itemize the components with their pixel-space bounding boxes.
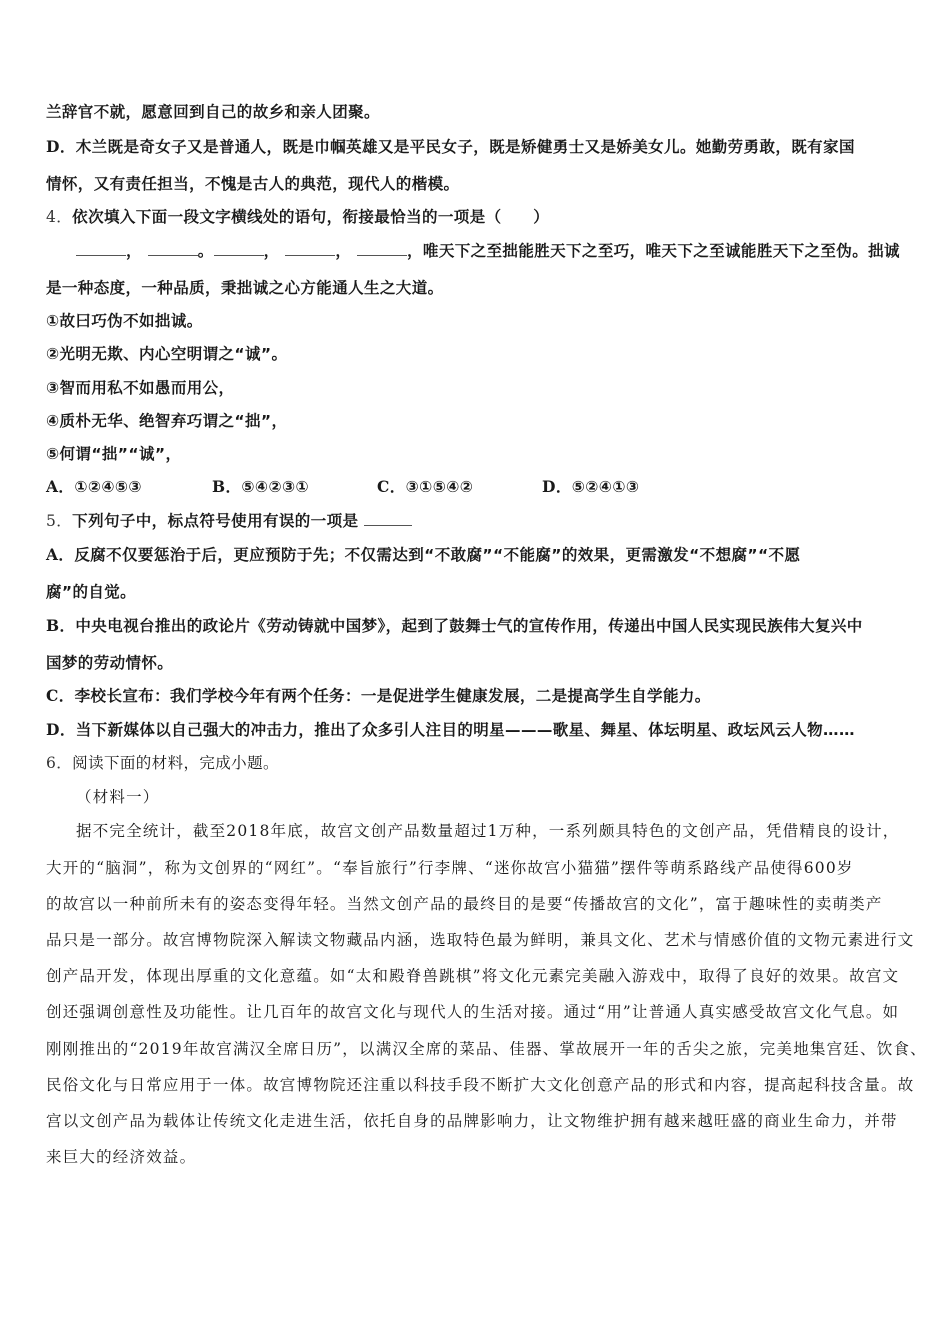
option-label: B． xyxy=(46,616,75,635)
option-label: D． xyxy=(46,720,76,739)
punct: ， xyxy=(126,242,142,260)
q3-option-d-line2: 情怀，又有责任担当，不愧是古人的典范，现代人的楷模。 xyxy=(46,174,459,194)
material-text: 来巨大的经济效益。 xyxy=(46,1148,196,1166)
q6-stem: 6．阅读下面的材料，完成小题。 xyxy=(46,753,279,773)
material-text: 创产品开发，体现出厚重的文化意蕴。如“太和殿脊兽跳棋”将文化元素完美融入游戏中，… xyxy=(46,967,899,985)
material-line-8: 民俗文化与日常应用于一体。故宫博物院还注重以科技手段不断扩大文化创意产品的形式和… xyxy=(46,1075,914,1095)
option-text: 中央电视台推出的政论片《劳动铸就中国梦》，起到了鼓舞士气的宣传作用，传递出中国人… xyxy=(75,617,862,635)
option-text: ⑤②④①③ xyxy=(572,478,640,496)
option-text: 腐”的自觉。 xyxy=(46,583,136,601)
fill-blank-2[interactable] xyxy=(148,241,198,256)
option-text: 反腐不仅要惩治于后，更应预防于先；不仅需达到“不敢腐”“不能腐”的效果，更需激发… xyxy=(74,546,800,564)
answer-blank[interactable] xyxy=(364,511,412,526)
material-text: 的故宫以一种前所未有的姿态变得年轻。当然文创产品的最终目的是要“传播故宫的文化”… xyxy=(46,895,883,913)
passage-text: 唯天下之至拙能胜天下之至巧，唯天下之至诚能胜天下之至伪。拙诚 xyxy=(423,242,900,260)
material-line-7: 刚刚推出的“2019年故宫满汉全席日历”，以满汉全席的菜品、佳器、掌故展开一年的… xyxy=(46,1039,927,1059)
material-line-9: 宫以文创产品为载体让传统文化走进生活，依托自身的品牌影响力，让文物维护拥有越来越… xyxy=(46,1111,898,1131)
q4-sentence-5: ⑤何谓“拙”“诚”， xyxy=(46,444,181,464)
question-text: 阅读下面的材料，完成小题。 xyxy=(72,754,279,772)
option-text: ①②④⑤③ xyxy=(74,478,142,496)
material-line-1: 据不完全统计，截至2018年底，故宫文创产品数量超过1万种，一系列颇具特色的文创… xyxy=(76,821,900,841)
material-line-3: 的故宫以一种前所未有的姿态变得年轻。当然文创产品的最终目的是要“传播故宫的文化”… xyxy=(46,894,883,914)
sentence-text: ④质朴无华、绝智弃巧谓之“拙”， xyxy=(46,412,287,430)
material-text: 宫以文创产品为载体让传统文化走进生活，依托自身的品牌影响力，让文物维护拥有越来越… xyxy=(46,1112,898,1130)
option-label: D． xyxy=(542,477,572,496)
material-line-5: 创产品开发，体现出厚重的文化意蕴。如“太和殿脊兽跳棋”将文化元素完美融入游戏中，… xyxy=(46,966,899,986)
option-text: ⑤④②③① xyxy=(241,478,309,496)
option-label: B． xyxy=(212,477,241,496)
fill-blank-5[interactable] xyxy=(357,241,407,256)
q4-sentence-3: ③智而用私不如愚而用公， xyxy=(46,378,234,398)
question-number: 5． xyxy=(46,512,72,530)
sentence-text: ③智而用私不如愚而用公， xyxy=(46,379,234,397)
question-text: 下列句子中，标点符号使用有误的一项是 xyxy=(72,512,358,530)
option-text: 国梦的劳动情怀。 xyxy=(46,654,173,672)
question-number: 6． xyxy=(46,754,72,772)
q4-option-c[interactable]: C．③①⑤④② xyxy=(377,477,473,497)
q5-option-b-line2: 国梦的劳动情怀。 xyxy=(46,653,173,673)
q4-passage-line2: 是一种态度，一种品质，秉拙诚之心方能通人生之大道。 xyxy=(46,278,444,298)
punct: ， xyxy=(264,242,280,260)
fill-blank-3[interactable] xyxy=(214,241,264,256)
sentence-text: ②光明无欺、内心空明谓之“诚”。 xyxy=(46,345,287,363)
material-text: 大开的“脑洞”，称为文创界的“网红”。“奉旨旅行”行李牌、“迷你故宫小猫猫”摆件… xyxy=(46,859,854,877)
fill-blank-1[interactable] xyxy=(76,241,126,256)
q3-option-c-continuation: 兰辞官不就，愿意回到自己的故乡和亲人团聚。 xyxy=(46,102,380,122)
option-text: 木兰既是奇女子又是普通人，既是巾帼英雄又是平民女子，既是矫健勇士又是娇美女儿。她… xyxy=(76,138,855,156)
option-text: 李校长宣布：我们学校今年有两个任务：一是促进学生健康发展，二是提高学生自学能力。 xyxy=(75,687,711,705)
question-text: 依次填入下面一段文字横线处的语句，衔接最恰当的一项是（ ） xyxy=(72,208,549,226)
text-line: 兰辞官不就，愿意回到自己的故乡和亲人团聚。 xyxy=(46,103,380,121)
passage-text: 是一种态度，一种品质，秉拙诚之心方能通人生之大道。 xyxy=(46,279,444,297)
material-line-4: 品只是一部分。故宫博物院深入解读文物藏品内涵，选取特色最为鲜明，兼具文化、艺术与… xyxy=(46,930,914,950)
option-text: 当下新媒体以自己强大的冲击力，推出了众多引人注目的明星———歌星、舞星、体坛明星… xyxy=(76,721,855,739)
punct: ， xyxy=(335,242,351,260)
material-line-6: 创还强调创意性及功能性。让几百年的故宫文化与现代人的生活对接。通过“用”让普通人… xyxy=(46,1002,899,1022)
material-title-text: （材料一） xyxy=(76,788,160,806)
q5-option-c[interactable]: C．李校长宣布：我们学校今年有两个任务：一是促进学生健康发展，二是提高学生自学能… xyxy=(46,686,711,706)
punct: ， xyxy=(407,242,423,260)
fill-blank-4[interactable] xyxy=(285,241,335,256)
material-title: （材料一） xyxy=(76,787,160,807)
question-number: 4． xyxy=(46,208,72,226)
q4-sentence-4: ④质朴无华、绝智弃巧谓之“拙”， xyxy=(46,411,287,431)
q4-sentence-1: ①故曰巧伪不如拙诚。 xyxy=(46,311,203,331)
sentence-text: ①故曰巧伪不如拙诚。 xyxy=(46,312,203,330)
material-line-2: 大开的“脑洞”，称为文创界的“网红”。“奉旨旅行”行李牌、“迷你故宫小猫猫”摆件… xyxy=(46,858,854,878)
option-label: A． xyxy=(46,545,74,564)
q5-option-b[interactable]: B．中央电视台推出的政论片《劳动铸就中国梦》，起到了鼓舞士气的宣传作用，传递出中… xyxy=(46,616,863,636)
q5-option-a[interactable]: A．反腐不仅要惩治于后，更应预防于先；不仅需达到“不敢腐”“不能腐”的效果，更需… xyxy=(46,545,800,565)
q4-stem: 4．依次填入下面一段文字横线处的语句，衔接最恰当的一项是（ ） xyxy=(46,207,549,227)
exam-page: 兰辞官不就，愿意回到自己的故乡和亲人团聚。 D．木兰既是奇女子又是普通人，既是巾… xyxy=(0,0,950,1344)
option-text: ③①⑤④② xyxy=(406,478,474,496)
option-label: A． xyxy=(46,477,74,496)
q4-option-b[interactable]: B．⑤④②③① xyxy=(212,477,309,497)
material-text: 刚刚推出的“2019年故宫满汉全席日历”，以满汉全席的菜品、佳器、掌故展开一年的… xyxy=(46,1040,927,1058)
punct: 。 xyxy=(198,242,214,260)
q4-option-a[interactable]: A．①②④⑤③ xyxy=(46,477,142,497)
material-text: 品只是一部分。故宫博物院深入解读文物藏品内涵，选取特色最为鲜明，兼具文化、艺术与… xyxy=(46,931,914,949)
q5-option-d[interactable]: D．当下新媒体以自己强大的冲击力，推出了众多引人注目的明星———歌星、舞星、体坛… xyxy=(46,720,855,740)
q5-option-a-line2: 腐”的自觉。 xyxy=(46,582,136,602)
q4-passage-line1: ， 。， ， ，唯天下之至拙能胜天下之至巧，唯天下之至诚能胜天下之至伪。拙诚 xyxy=(76,241,900,261)
material-text: 据不完全统计，截至2018年底，故宫文创产品数量超过1万种，一系列颇具特色的文创… xyxy=(76,822,900,840)
q4-sentence-2: ②光明无欺、内心空明谓之“诚”。 xyxy=(46,344,287,364)
sentence-text: ⑤何谓“拙”“诚”， xyxy=(46,445,181,463)
option-label: D． xyxy=(46,137,76,156)
q5-stem: 5．下列句子中，标点符号使用有误的一项是 xyxy=(46,511,412,531)
option-text: 情怀，又有责任担当，不愧是古人的典范，现代人的楷模。 xyxy=(46,175,459,193)
material-text: 创还强调创意性及功能性。让几百年的故宫文化与现代人的生活对接。通过“用”让普通人… xyxy=(46,1003,899,1021)
material-text: 民俗文化与日常应用于一体。故宫博物院还注重以科技手段不断扩大文化创意产品的形式和… xyxy=(46,1076,914,1094)
material-line-10: 来巨大的经济效益。 xyxy=(46,1147,196,1167)
q4-option-d[interactable]: D．⑤②④①③ xyxy=(542,477,639,497)
option-label: C． xyxy=(377,477,406,496)
option-label: C． xyxy=(46,686,75,705)
q3-option-d: D．木兰既是奇女子又是普通人，既是巾帼英雄又是平民女子，既是矫健勇士又是娇美女儿… xyxy=(46,137,855,157)
